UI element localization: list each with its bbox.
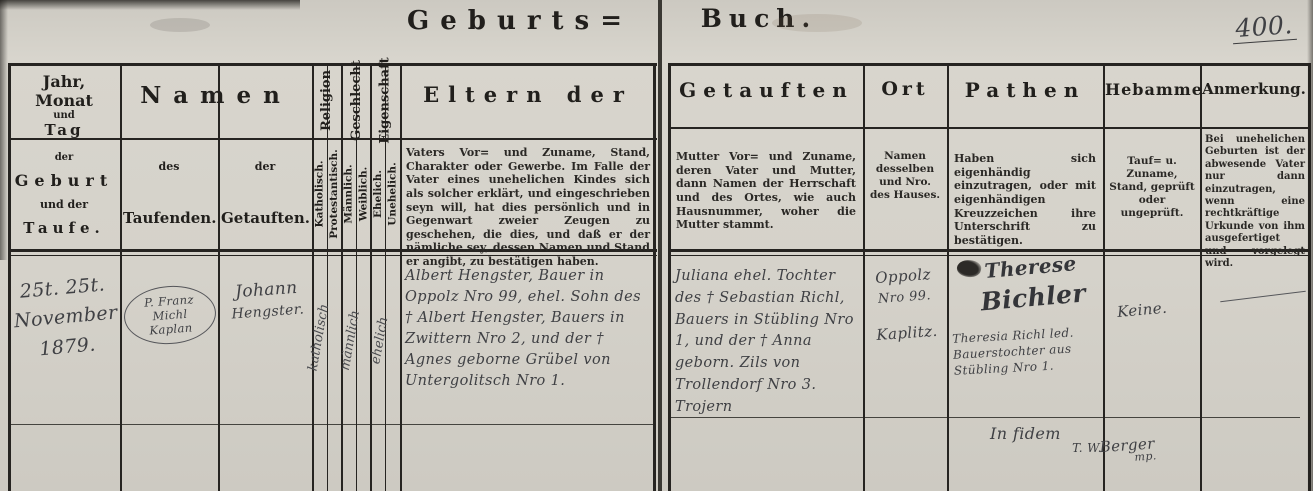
column-subheader-unehelich: Unehelich. [384,140,401,248]
column-header-eigenschaft: Eigenschaft [370,63,401,138]
column-header-date: Jahr, Monat und Tag [12,72,116,139]
column-header-eltern: Eltern der [402,82,654,107]
divider [1103,63,1105,491]
entry-godparent-note: Theresia Richl led. Bauerstochter aus St… [952,323,1100,379]
register-left-page: Geburts= Jahr, Monat und Tag Namen Relig… [0,0,658,491]
column-header-hebamme: Hebamme [1105,80,1198,99]
entry-remark-dash [1220,291,1305,302]
divider [947,63,949,491]
column-subheader-taufenden: des Taufenden. [123,160,215,227]
entry-legitimacy-mark: ehelich [364,278,396,402]
divider [1308,63,1311,491]
anmerkung-description: Bei unehelichen Geburten ist der abwesen… [1205,134,1305,270]
entry-sex-mark: männlich [334,272,366,408]
column-header-getauften: Getauften [670,78,863,102]
column-header-ort: Ort [865,78,945,100]
column-header-anmerkung: Anmerkung. [1202,80,1306,98]
entry-midwife: Keine. [1116,297,1187,321]
column-header-geschlecht: Geschlecht [341,63,371,138]
entry-father-details: Albert Hengster, Bauer in Oppolz Nro 99,… [405,266,651,392]
entry-date: 25t. 25t. November 1879. [10,270,119,367]
divider [1200,63,1202,491]
ort-description: Namen desselben und Nro. des Hauses. [869,150,941,202]
entry-baptized-name: Johann Hengster. [223,277,312,323]
column-header-namen: Namen [122,82,310,109]
registrar-signature: Berger mp. [1099,432,1191,466]
page-number: 400. [1231,10,1297,44]
divider [10,424,655,425]
in-fidem-note: In fidem T. W. [990,424,1102,455]
divider [8,63,11,491]
divider [668,63,671,491]
hebamme-description: Tauf= u. Zuname, Stand, geprüft oder ung… [1109,155,1195,220]
entry-baptizing-priest: P. Franz Michl Kaplan [124,286,216,344]
column-subheader-date: der Geburt und der Taufe. [12,152,116,237]
column-header-pathen: Pathen [949,78,1101,102]
divider [668,127,1311,129]
entry-place: Oppolz Nro 99. Kaplitz. [864,261,945,347]
eltern-description: Vaters Vor= und Zuname, Stand, Charakter… [406,146,650,269]
divider [668,63,1311,66]
divider [653,63,656,491]
entry-religion-mark: katholisch [301,262,337,412]
entry-godparent-signature: Therese Bichler [965,249,1099,317]
entry-mother-details: Juliana ehel. Tochter des † Sebastian Ri… [675,266,859,418]
column-subheader-getauften: der Getauften. [221,160,309,227]
paper-stain [150,18,210,32]
divider [120,63,122,491]
column-header-religion: Religion [312,63,342,138]
pathen-description: Haben sich eigenhändig einzutragen, oder… [954,152,1096,247]
page-title-left: Geburts= [385,6,655,36]
getauften-description: Mutter Vor= und Zuname, deren Vater und … [676,150,856,232]
divider [218,63,220,491]
page-title-right: Buch. [694,4,824,33]
register-right-page: Buch. 400. Getauften Ort Pathen Hebamme … [662,0,1313,491]
